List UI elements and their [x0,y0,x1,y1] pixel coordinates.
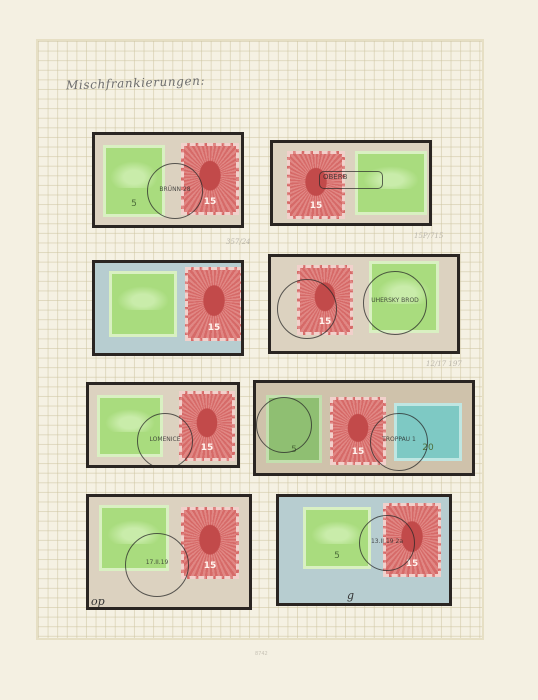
handwriting-fragment: op [91,595,105,607]
postmark-circle: TROPPAU 1 [370,413,428,471]
postmark-circle: UHERSKY BROD [363,271,427,335]
postmark-circle [277,279,337,339]
stamp-mount-7: 15 17.II.19 op [86,494,252,610]
stamp-mount-4: 15 UHERSKY BROD [268,254,460,354]
stamp-mount-5: 15 LOMENICE [86,382,240,468]
pencil-note: 357/24 [226,238,251,246]
cover-piece: 15 [95,263,241,353]
cover-piece: 5 15 13.II.19 2a g [279,497,449,603]
page-number: 8742 [255,651,268,657]
stamp-mount-6: 5 15 20 TROPPAU 1 [253,380,475,476]
stamp-karl-red: 15 [181,507,239,579]
stamp-mount-8: 5 15 13.II.19 2a g [276,494,452,606]
postmark-circle: BRÜNN 28 [147,163,203,219]
cover-piece: 5 15 BRÜNN 28 [95,135,241,225]
cover-piece: 5 15 20 TROPPAU 1 [256,383,472,473]
stamp-hradcany-green [109,271,177,337]
cover-piece: 15 LOMENICE [89,385,237,465]
postmark-rectangular: OBERB [319,171,383,189]
pencil-note: 15P/715 [414,232,443,240]
stamp-mount-3: 15 [92,260,244,356]
postmark-circle [256,397,312,453]
cover-piece: 15 UHERSKY BROD [271,257,457,351]
handwriting-fragment: g [347,589,354,602]
postmark-circle: LOMENICE [137,413,193,465]
stamp-mount-1: 5 15 BRÜNN 28 [92,132,244,228]
cover-piece: 15 OBERB [273,143,429,223]
stamp-mount-2: 15 OBERB [270,140,432,226]
stamp-karl-red: 15 [185,267,241,341]
postmark-circle: 13.II.19 2a [359,515,415,571]
pencil-note: 12/17 197 [426,360,462,368]
postmark-circle: 17.II.19 [125,533,189,597]
cover-piece: 15 17.II.19 op [89,497,249,607]
album-page: Mischfrankierungen: 5 15 BRÜNN 28 357/24… [0,0,538,700]
